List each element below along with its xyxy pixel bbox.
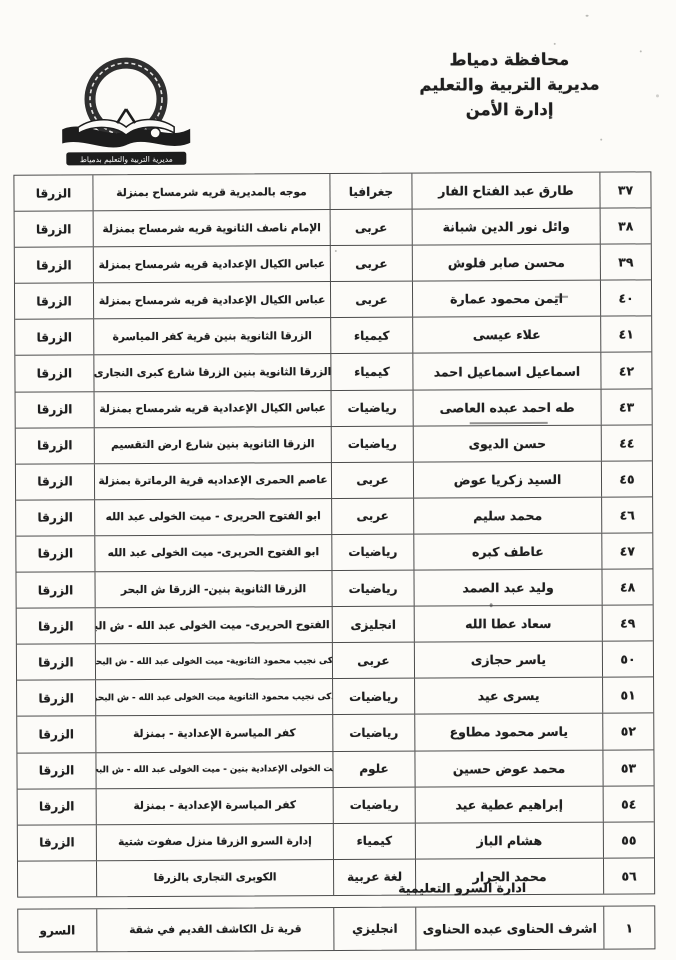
scan-artifact-line [470,422,548,424]
cell-subject: رياضيات [331,535,413,571]
table-row: ٥٢ياسر محمود مطاوعرياضياتكفر المياسرة ال… [17,713,653,752]
cell-name: سعاد عطا الله [414,606,602,642]
table-row: ٤١علاء عيسىكيمياءالزرقا الثانوية بنين قر… [15,316,651,355]
table-row: ٤٥السيد زكريا عوضعربىعاصم الحمرى الإعداد… [16,460,652,499]
table-row: ١اشرف الحناوى عبده الحناوىانجليزيقرية تل… [18,906,654,951]
cell-region: الزرقا [14,175,92,211]
cell-school: الزرقا الثانوية بنين الزرقا شارع كبرى ال… [93,355,330,391]
table-row: ٤٧عاطف كبرهرياضياتابو الفتوح الحريرى- مي… [16,532,652,571]
cell-region: الزرقا [18,825,96,861]
cell-subject: كيمياء [330,354,412,390]
cell-region: الزرقا [16,572,94,608]
cell-school: ابو الفتوح الحريرى - ميت الخولى عبد الله [94,499,331,535]
cell-subject: عربى [331,498,413,534]
cell-school: الزرقا الثانوية بنين- الزرقا ش البحر [94,571,331,607]
org-header: محافظة دمياط مديرية التربية والتعليم إدا… [397,47,622,123]
cell-region: الزرقا [17,608,95,644]
cell-subject: انجليزى [332,607,414,643]
cell-school: عباس الكيال الإعدادية قريه شرمساح بمنزلة [94,391,331,427]
cell-subject: رياضيات [331,571,413,607]
cell-school: ذكى نجيب محمود الثانوية ميت الخولى عبد ا… [95,679,332,715]
cell-school: إدارة السرو الزرقا منزل صفوت شتية [96,824,333,860]
scan-speck [586,15,589,17]
table-row: ٣٩محسن صابر فلوشعربىعباس الكيال الإعدادي… [15,244,651,283]
section-title-row: ادارة السرو التعليمية [40,876,676,897]
scan-speck [600,139,602,141]
table-row: ٥٤إبراهيم عطية عيدرياضياتكفر المياسرة ال… [18,785,654,824]
cell-school: موجه بالمديرية قريه شرمساح بمنزلة [92,174,329,210]
teacher-roster-table-zarqa: ٣٧طارق عبد الفتاح الفارجغرافياموجه بالمد… [13,171,655,897]
cell-region: الزرقا [17,753,95,789]
education-directorate-emblem-icon: مديرية التربية والتعليم بدمياط [48,49,205,172]
cell-number: ٤٣ [601,389,652,424]
cell-region: الزرقا [16,500,94,536]
cell-name: وليد عبد الصمد [413,570,601,606]
cell-subject: رياضيات [331,390,413,426]
cell-number: ٤٢ [600,353,651,388]
cell-region: الزرقا [16,536,94,572]
cell-subject: رياضيات [332,679,414,715]
cell-name: محمد عوض حسين [414,750,602,786]
cell-region: الزرقا [15,284,93,320]
table-row: ٥٣محمد عوض حسينعلومميت الخولى الإعدادية … [17,749,653,788]
cell-school: عاصم الحمرى الإعداديه قرية الرماترة بمنز… [94,463,331,499]
cell-region: الزرقا [15,211,93,247]
table-row: ٤٨وليد عبد الصمدرياضياتالزرقا الثانوية ب… [16,568,652,607]
cell-school: ابو الفتوح الحريرى- ميت الخولى عبد الله … [95,607,332,643]
cell-region: الزرقا [17,681,95,717]
cell-subject: رياضيات [332,715,414,751]
cell-number: ٤٥ [601,461,652,496]
cell-subject: جغرافيا [329,174,411,210]
cell-number: ٥٠ [602,642,653,677]
cell-name: وائل نور الدين شبانة [412,209,600,245]
table-row: ٣٧طارق عبد الفتاح الفارجغرافياموجه بالمد… [14,172,650,210]
cell-school: ميت الخولى الإعدادية بنين - ميت الخولى ع… [95,752,332,788]
scan-artifact-mark [490,603,493,607]
cell-number: ٥٤ [603,786,654,821]
cell-number: ٤٤ [601,425,652,460]
org-line-security-dept: إدارة الأمن [397,97,622,123]
cell-number: ٣٨ [600,208,651,243]
cell-subject: عربى [331,462,413,498]
cell-name: ياسر حجازى [414,642,602,678]
cell-school: عباس الكيال الإعدادية قريه شرمساح بمنزلة [93,246,330,282]
cell-name: محمد سليم [413,497,601,533]
cell-number: ٤٠ [600,281,651,316]
cell-region: الزرقا [17,717,95,753]
cell-subject: عربى [330,246,412,282]
scan-speck [656,94,659,97]
cell-name: علاء عيسى [412,317,600,353]
scanned-page: محافظة دمياط مديرية التربية والتعليم إدا… [0,0,676,960]
cell-subject: كيمياء [333,823,415,859]
cell-school: الزرقا الثانوية بنين شارع ارض التقسيم [94,427,331,463]
emblem-caption: مديرية التربية والتعليم بدمياط [80,155,173,164]
cell-name: يسرى عيد [414,678,602,714]
scan-artifact-line [555,296,568,298]
table-row: ٤٦محمد سليمعربىابو الفتوح الحريرى - ميت … [16,496,652,535]
cell-name: ايمن محمود عمارة [412,281,600,317]
scan-speck [640,50,642,52]
cell-name: حسن الديوى [413,425,601,461]
cell-school: كفر المياسرة الإعدادية - بمنزلة [95,715,332,751]
cell-subject: كيمياء [330,318,412,354]
org-line-governorate: محافظة دمياط [397,47,622,73]
cell-number: ٤٩ [602,605,653,640]
cell-region: السرو [18,909,96,951]
cell-number: ٥٥ [603,822,654,857]
table-row: ٤٣طه احمد عبده العاصىرياضياتعباس الكيال … [16,388,652,427]
cell-region: الزرقا [15,247,93,283]
cell-subject: انجليزي [333,908,415,950]
cell-region: الزرقا [17,644,95,680]
cell-number: ٥١ [602,678,653,713]
cell-name: طه احمد عبده العاصى [413,389,601,425]
cell-number: ١ [603,906,654,948]
cell-name: اشرف الحناوى عبده الحناوى [415,907,603,950]
cell-subject: عربى [330,210,412,246]
cell-number: ٥٢ [602,714,653,749]
cell-subject: رياضيات [333,787,415,823]
org-line-directorate: مديرية التربية والتعليم [397,72,622,98]
cell-name: عاطف كبره [413,534,601,570]
table-row: ٣٨وائل نور الدين شبانةعربىالإمام ناصف ال… [15,207,651,246]
cell-region: الزرقا [15,320,93,356]
cell-name: محسن صابر فلوش [412,245,600,281]
cell-subject: علوم [332,751,414,787]
table-row: ٥٥هشام البازكيمياءإدارة السرو الزرقا منز… [18,821,654,860]
cell-subject: عربى [332,643,414,679]
table-row: ٤٩سعاد عطا اللهانجليزىابو الفتوح الحريرى… [17,604,653,643]
cell-region: الزرقا [15,356,93,392]
cell-number: ٤١ [600,317,651,352]
cell-number: ٥٣ [602,750,653,785]
table-row: ٤٢اسماعيل اسماعيل احمدكيمياءالزرقا الثان… [15,352,651,391]
cell-name: إبراهيم عطية عيد [415,786,603,822]
cell-name: طارق عبد الفتاح الفار [411,173,599,209]
table-row: ٤٠ايمن محمود عمارةعربىعباس الكيال الإعدا… [15,280,651,319]
cell-school: كفر المياسرة الإعدادية - بمنزلة [96,788,333,824]
table-row: ٥٠ياسر حجازىعربىذكى نجيب محمود الثانوية-… [17,641,653,680]
cell-number: ٤٦ [601,497,652,532]
cell-region: الزرقا [18,789,96,825]
section-title: ادارة السرو التعليمية [398,880,526,896]
cell-school: ذكى نجيب محمود الثانوية- ميت الخولى عبد … [95,643,332,679]
cell-subject: رياضيات [331,426,413,462]
cell-name: اسماعيل اسماعيل احمد [412,353,600,389]
cell-number: ٣٧ [599,172,650,207]
cell-region: الزرقا [16,392,94,428]
table-row: ٤٤حسن الديوىرياضياتالزرقا الثانوية بنين … [16,424,652,463]
scan-speck [335,250,337,252]
cell-region: الزرقا [16,464,94,500]
teacher-roster-table-serw: ١اشرف الحناوى عبده الحناوىانجليزيقرية تل… [17,905,655,952]
cell-name: ياسر محمود مطاوع [414,714,602,750]
scan-content: محافظة دمياط مديرية التربية والتعليم إدا… [0,0,676,960]
cell-school: عباس الكيال الإعدادية قريه شرمساح بمنزلة [93,282,330,318]
cell-subject: عربى [330,282,412,318]
cell-number: ٣٩ [600,245,651,280]
cell-number: ٤٨ [601,569,652,604]
cell-region: الزرقا [16,428,94,464]
table-row: ٥١يسرى عيدرياضياتذكى نجيب محمود الثانوية… [17,677,653,716]
cell-name: هشام الباز [415,822,603,858]
cell-school: قرية تل الكاشف القديم في شقة [96,908,333,951]
cell-school: الإمام ناصف الثانوية قريه شرمساح بمنزلة [93,210,330,246]
cell-name: السيد زكريا عوض [413,461,601,497]
scan-speck [554,43,556,45]
cell-number: ٤٧ [601,533,652,568]
cell-school: الزرقا الثانوية بنين قرية كفر المياسرة [93,318,330,354]
cell-school: ابو الفتوح الحريرى- ميت الخولى عبد الله [94,535,331,571]
